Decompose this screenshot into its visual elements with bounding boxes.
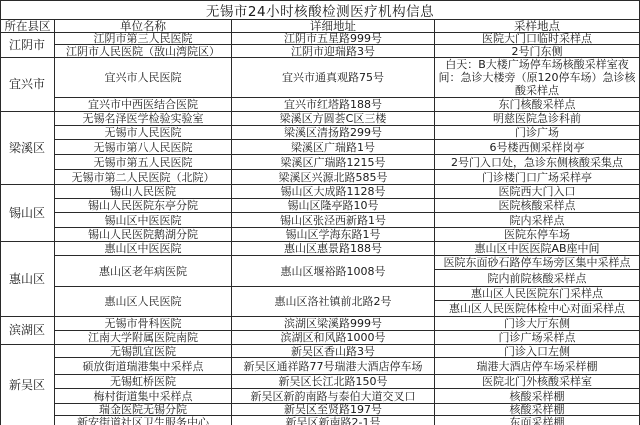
spreadsheet: 无锡市24小时核酸检测医疗机构信息 所在县区 单位名称 详细地址 采样地点 江阴… [0, 0, 640, 425]
header-site: 采样地点 [435, 20, 640, 33]
district-cell: 梁溪区 [0, 112, 55, 185]
unit-cell: 江阴市第三人民医院 [55, 33, 232, 45]
unit-cell: 惠山区老年病医院 [55, 256, 232, 287]
address-cell: 新吴区长江北路150号 [232, 375, 435, 389]
site-cell: 惠山区人民医院东门采样点 [435, 287, 640, 301]
unit-cell: 无锡市骨科医院 [55, 317, 232, 331]
unit-cell: 宜兴市中西医结合医院 [55, 98, 232, 112]
site-cell: 医院大门口临时采样点 [435, 33, 640, 45]
site-cell: 2号门入口处，急诊东侧核酸采集点 [435, 155, 640, 170]
district-cell: 新吴区 [0, 345, 55, 425]
unit-cell: 无锡市第二人民医院（北院） [55, 170, 232, 185]
district-cell: 锡山区 [0, 185, 55, 242]
site-cell: 核酸采样棚 [435, 389, 640, 404]
site-cell: 医院核酸采样点 [435, 199, 640, 213]
address-cell: 锡山区隆亭路10号 [232, 199, 435, 213]
site-cell: 院内采样点 [435, 213, 640, 228]
site-cell: 东门核酸采样点 [435, 98, 640, 112]
unit-cell: 宜兴市人民医院 [55, 58, 232, 98]
unit-cell: 江南大学附属医院南院 [55, 331, 232, 345]
header-unit: 单位名称 [55, 20, 232, 33]
site-cell: 2号门东侧 [435, 45, 640, 58]
unit-cell: 无锡市第八人民医院 [55, 140, 232, 155]
header-district: 所在县区 [0, 20, 55, 33]
site-cell: 门诊大厅东侧 [435, 317, 640, 331]
site-cell: 医院北门外核酸采样室 [435, 375, 640, 389]
site-cell: 门诊入口左侧 [435, 345, 640, 358]
unit-cell: 惠山区中医医院 [55, 242, 232, 256]
site-cell: 院内前院核酸采样点 [435, 270, 640, 287]
unit-cell: 无锡市人民医院 [55, 126, 232, 140]
site-cell: 医院东面砂石路停车场旁区集中采样点 [435, 256, 640, 270]
unit-cell: 锡山人民医院 [55, 185, 232, 199]
unit-cell: 锡山人民医院东亭分院 [55, 199, 232, 213]
site-cell: 核酸采样棚 [435, 404, 640, 416]
site-cell: 医院西大门入口 [435, 185, 640, 199]
address-cell: 新吴区新韵南路与泰伯大道交叉口 [232, 389, 435, 404]
address-cell: 梁溪区方圆荟C区三楼 [232, 112, 435, 126]
address-cell: 新吴区香山路3号 [232, 345, 435, 358]
address-cell: 锡山区张泾西新路1号 [232, 213, 435, 228]
site-cell: 惠山区中医医院AB座中间 [435, 242, 640, 256]
site-cell: 瑞港大酒店停车场采样棚 [435, 358, 640, 375]
unit-cell: 锡山人民医院鹅湖分院 [55, 228, 232, 242]
unit-cell: 梅村街道集中采样点 [55, 389, 232, 404]
address-cell: 梁溪区清扬路299号 [232, 126, 435, 140]
unit-cell: 无锡虹桥医院 [55, 375, 232, 389]
site-cell: 白天：B大楼广场停车场核酸采样室夜间：急诊大楼旁（原120停车场）急诊核酸采样点 [435, 58, 640, 98]
unit-cell: 新安街道社区卫生服务中心 [55, 416, 232, 425]
address-cell: 新吴区至贤路197号 [232, 404, 435, 416]
table-title: 无锡市24小时核酸检测医疗机构信息 [0, 0, 640, 20]
district-cell: 惠山区 [0, 242, 55, 317]
address-cell: 江阴市迎瑞路3号 [232, 45, 435, 58]
unit-cell: 无锡名泽医学检验实验室 [55, 112, 232, 126]
address-cell: 新吴区通祥路77号瑞港大酒店停车场 [232, 358, 435, 375]
address-cell: 滨湖区梁溪路999号 [232, 317, 435, 331]
district-cell: 宜兴市 [0, 58, 55, 112]
address-cell: 梁溪区兴源北路585号 [232, 170, 435, 185]
unit-cell: 无锡凯宜医院 [55, 345, 232, 358]
unit-cell: 硕放街道瑞港集中采样点 [55, 358, 232, 375]
unit-cell: 瑞金医院无锡分院 [55, 404, 232, 416]
site-cell: 明慈医院急诊科前 [435, 112, 640, 126]
unit-cell: 惠山区人民医院 [55, 287, 232, 317]
site-cell: 医院东停车场 [435, 228, 640, 242]
site-cell: 门诊楼门口广场采样亭 [435, 170, 640, 185]
unit-cell: 江阴市人民医院（敔山湾院区） [55, 45, 232, 58]
address-cell: 梁溪区广瑞路1号 [232, 140, 435, 155]
district-cell: 江阴市 [0, 33, 55, 58]
address-cell: 新吴区新南路2-1号 [232, 416, 435, 425]
header-address: 详细地址 [232, 20, 435, 33]
address-cell: 宜兴市通真观路75号 [232, 58, 435, 98]
address-cell: 锡山区学海东路1号 [232, 228, 435, 242]
unit-cell: 无锡市第五人民医院 [55, 155, 232, 170]
site-cell: 6号楼西侧采样岗亭 [435, 140, 640, 155]
address-cell: 锡山区大成路1128号 [232, 185, 435, 199]
unit-cell: 锡山区中医医院 [55, 213, 232, 228]
address-cell: 梁溪区广瑞路1215号 [232, 155, 435, 170]
address-cell: 滨湖区和风路1000号 [232, 331, 435, 345]
site-cell: 门诊广场 [435, 126, 640, 140]
address-cell: 惠山区洛社镇前北路2号 [232, 287, 435, 317]
site-cell: 惠山区人民医院体检中心对面采样点 [435, 301, 640, 317]
site-cell: 门诊广场采样点 [435, 331, 640, 345]
district-cell: 滨湖区 [0, 317, 55, 345]
address-cell: 惠山区惠景路188号 [232, 242, 435, 256]
address-cell: 惠山区堰裕路1008号 [232, 256, 435, 287]
address-cell: 宜兴市红塔路188号 [232, 98, 435, 112]
site-cell: 东面采样棚 [435, 416, 640, 425]
address-cell: 江阴市五星路999号 [232, 33, 435, 45]
